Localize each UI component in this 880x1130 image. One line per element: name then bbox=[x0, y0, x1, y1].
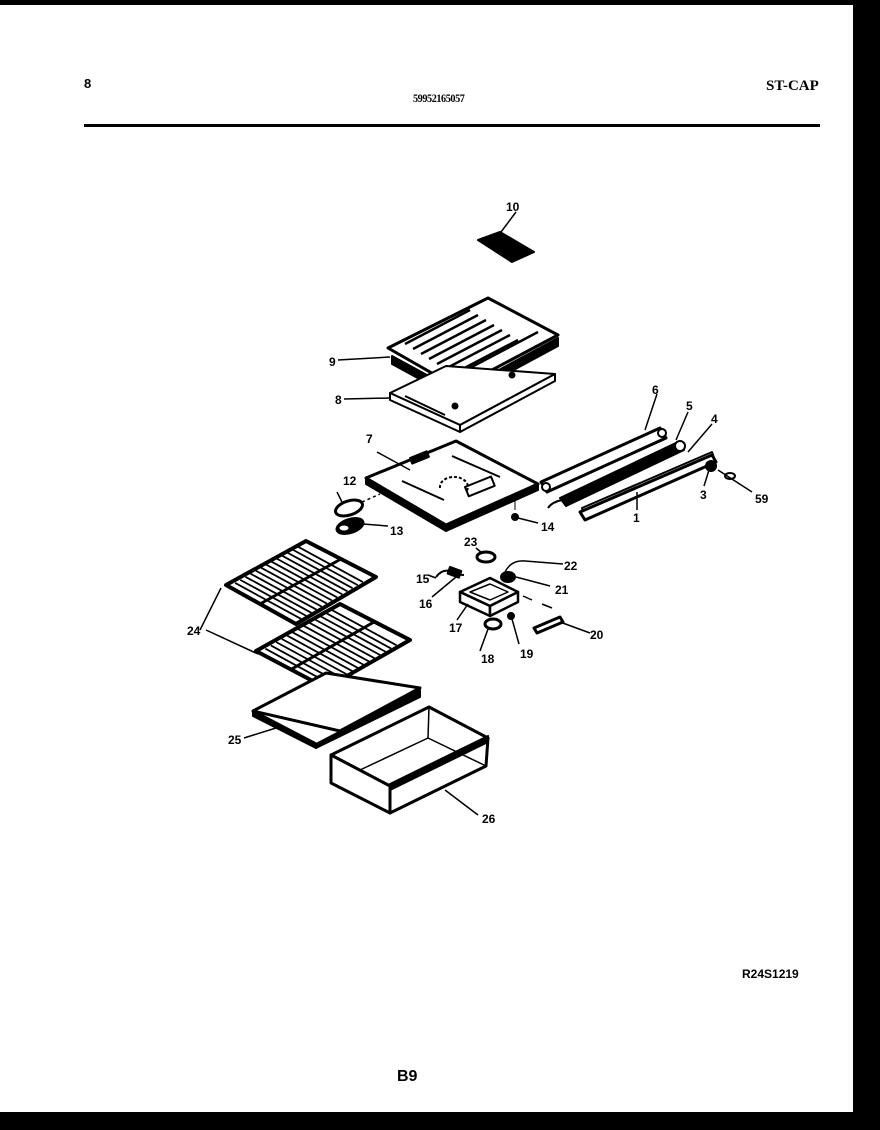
label-19: 19 bbox=[520, 647, 534, 661]
label-4: 4 bbox=[711, 412, 718, 426]
label-21: 21 bbox=[555, 583, 569, 597]
page-code: B9 bbox=[397, 1068, 417, 1086]
label-24: 24 bbox=[187, 624, 201, 638]
label-13: 13 bbox=[390, 524, 404, 538]
part-14-screw bbox=[512, 500, 538, 523]
label-18: 18 bbox=[481, 652, 495, 666]
label-6: 6 bbox=[652, 383, 659, 397]
part-8-tray bbox=[344, 366, 555, 432]
label-22: 22 bbox=[564, 559, 578, 573]
label-25: 25 bbox=[228, 733, 242, 747]
label-17: 17 bbox=[449, 621, 463, 635]
part-10-grille bbox=[478, 212, 534, 262]
label-3: 3 bbox=[700, 488, 707, 502]
drawing-reference: R24S1219 bbox=[742, 967, 799, 981]
part-20-bar bbox=[534, 617, 590, 633]
label-9: 9 bbox=[329, 355, 336, 369]
label-12: 12 bbox=[343, 474, 357, 488]
label-23: 23 bbox=[464, 535, 478, 549]
label-1: 1 bbox=[633, 511, 640, 525]
part-59-screw bbox=[718, 470, 752, 492]
part-18-washer bbox=[480, 619, 501, 651]
label-7: 7 bbox=[366, 432, 373, 446]
part-22-wire bbox=[505, 561, 563, 572]
label-5: 5 bbox=[686, 399, 693, 413]
label-16: 16 bbox=[419, 597, 433, 611]
label-14: 14 bbox=[541, 520, 555, 534]
part-13-roller bbox=[335, 515, 388, 537]
exploded-parts-diagram: 10 9 8 7 6 5 4 3 59 1 12 13 14 23 22 21 … bbox=[0, 0, 880, 1130]
part-23-cap bbox=[476, 548, 495, 562]
label-8: 8 bbox=[335, 393, 342, 407]
label-20: 20 bbox=[590, 628, 604, 642]
label-15: 15 bbox=[416, 572, 430, 586]
part-21-knob bbox=[501, 572, 550, 586]
part-12-bracket bbox=[334, 492, 380, 519]
label-26: 26 bbox=[482, 812, 496, 826]
part-3-clip bbox=[704, 461, 716, 486]
label-59: 59 bbox=[755, 492, 769, 506]
label-10: 10 bbox=[506, 200, 520, 214]
